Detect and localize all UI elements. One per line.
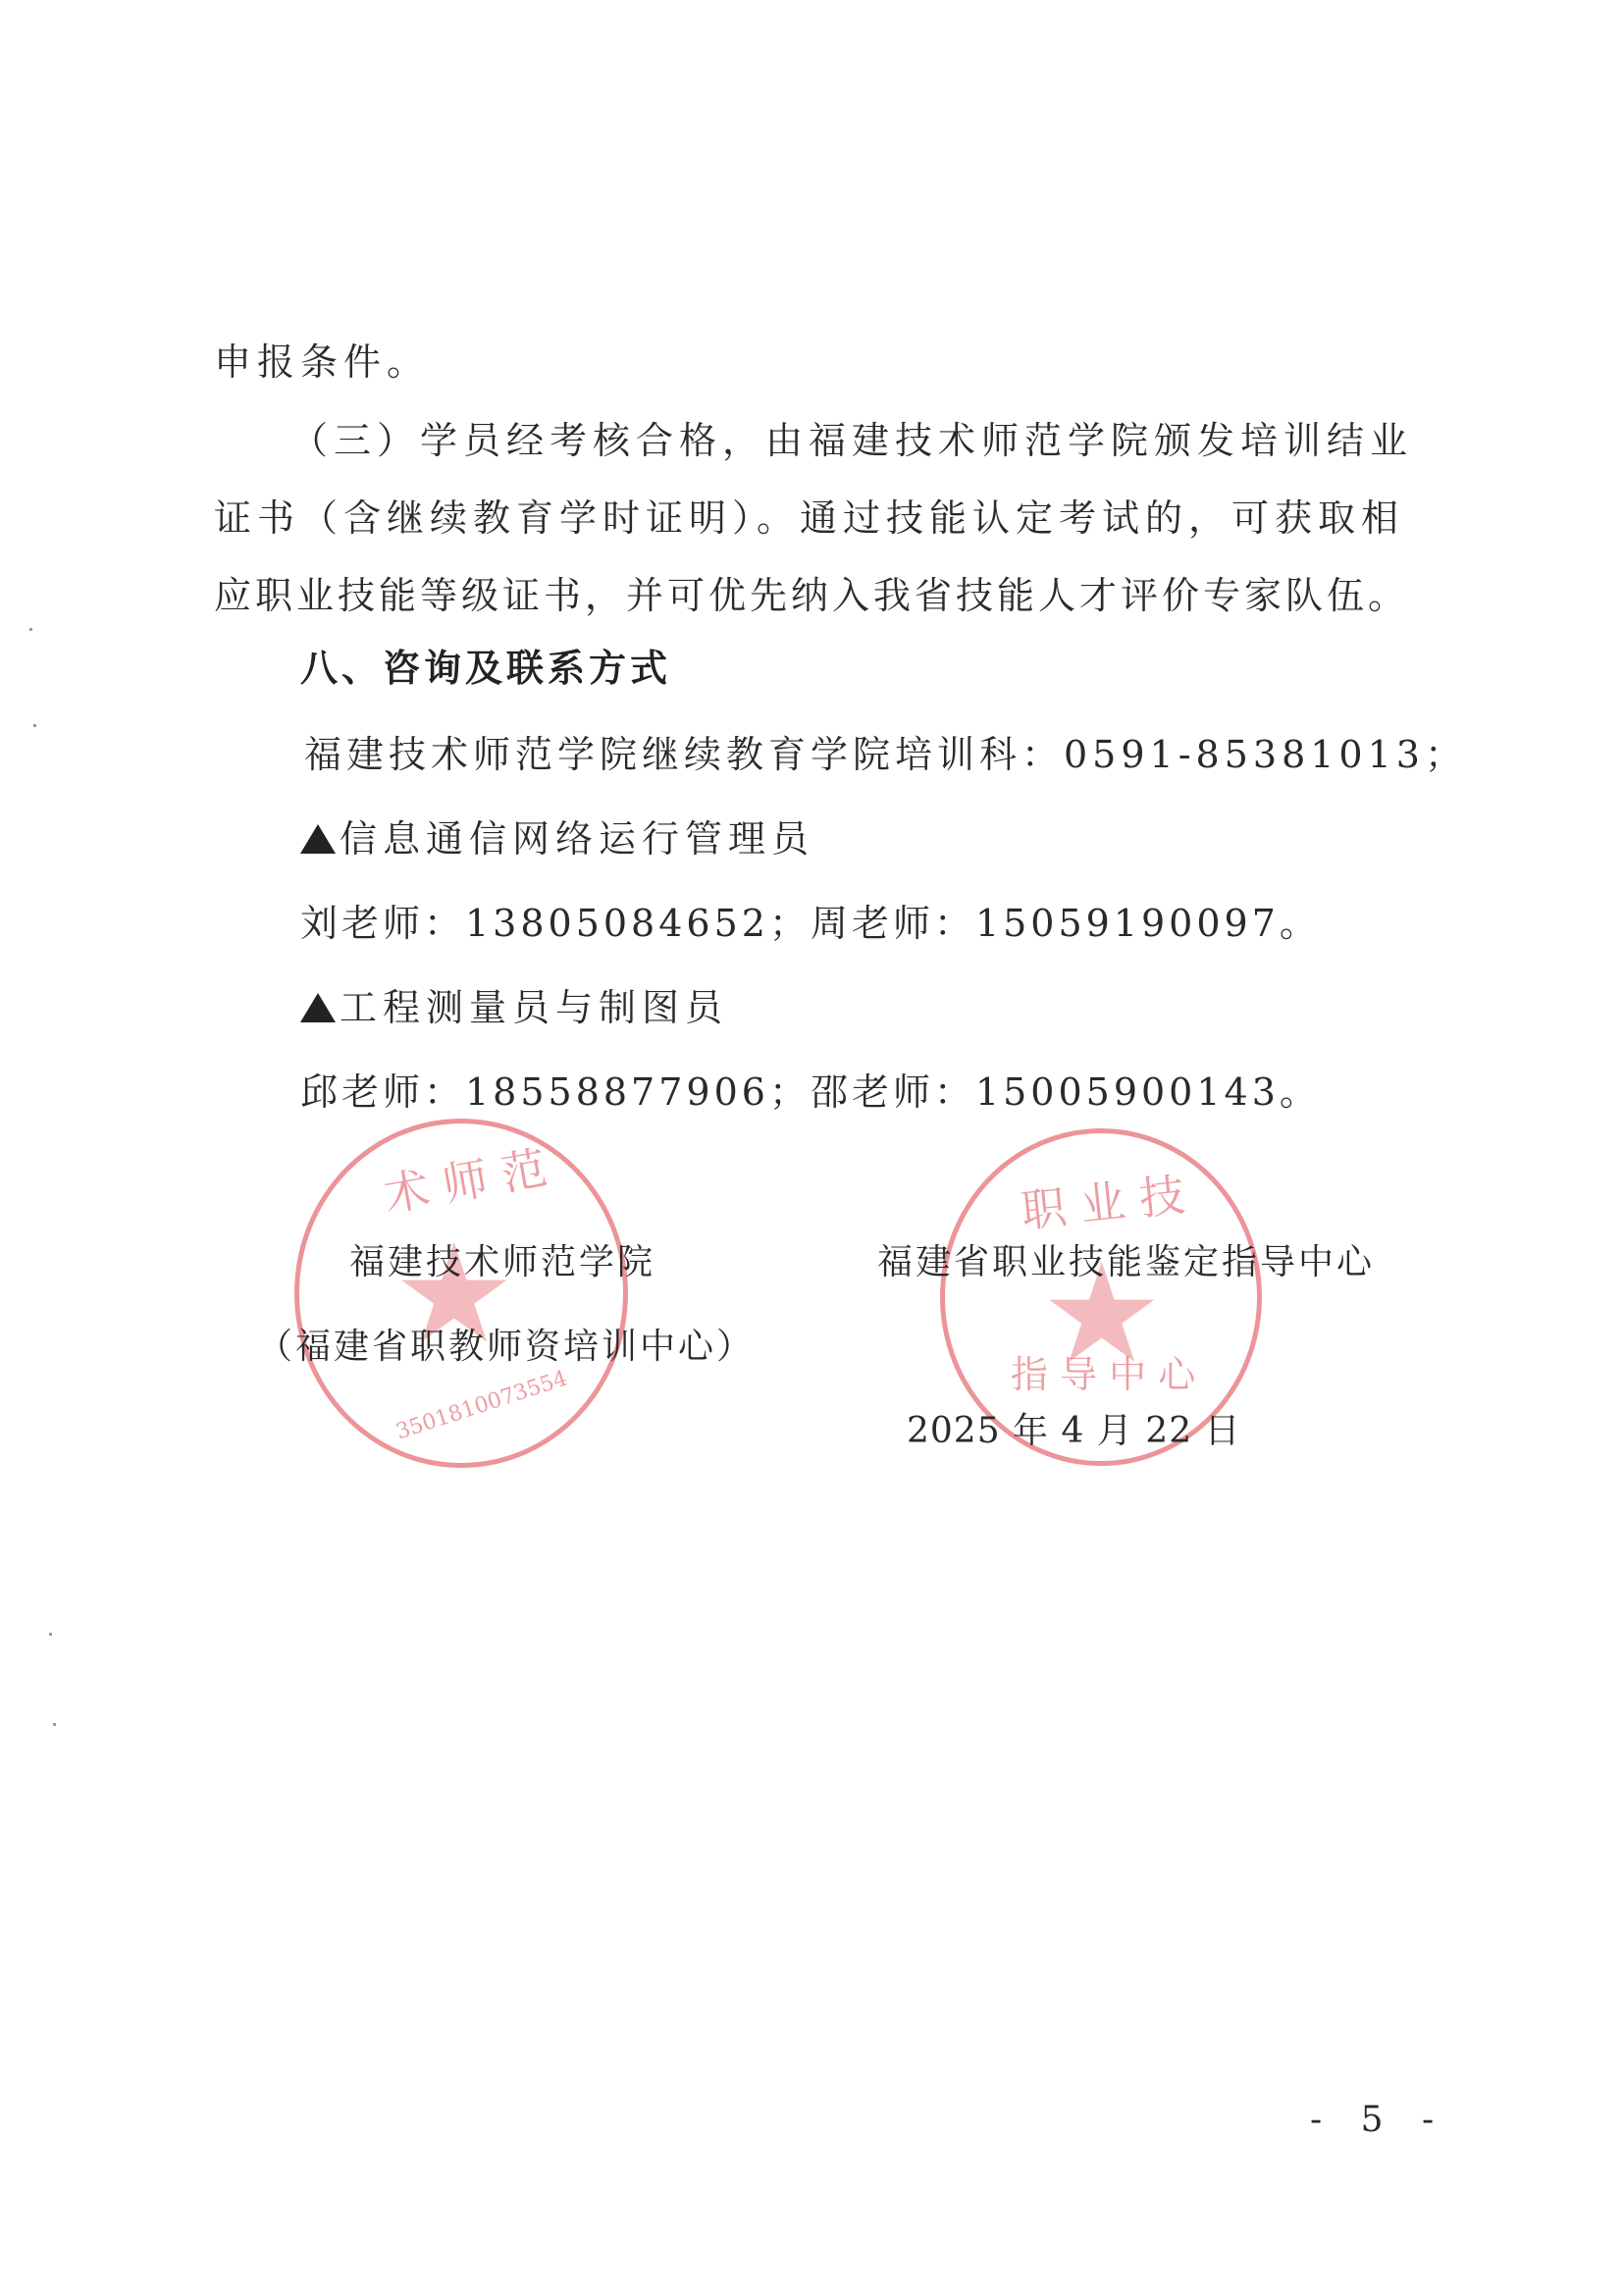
section-heading-contact: 八、咨询及联系方式	[300, 638, 671, 692]
paragraph-item3-line2: 证书（含继续教育学时证明）。通过技能认定考试的，可获取相	[214, 488, 1404, 542]
signature-left-name: 福建技术师范学院	[349, 1234, 655, 1284]
triangle-bullet-icon	[300, 993, 336, 1022]
scan-speck	[29, 628, 32, 631]
office-contact: 福建技术师范学院继续教育学院培训科：0591-85381013；	[304, 724, 1467, 778]
paragraph-item3-line3: 应职业技能等级证书，并可优先纳入我省技能人才评价专家队伍。	[214, 565, 1409, 619]
paragraph-continuation: 申报条件。	[214, 332, 430, 386]
group-title-network: 信息通信网络运行管理员	[300, 809, 814, 862]
scan-speck	[33, 724, 36, 727]
signature-right-name: 福建省职业技能鉴定指导中心	[877, 1234, 1375, 1284]
group-contacts-surveying: 邱老师：18558877906；邵老师：15005900143。	[300, 1062, 1321, 1116]
seal-right-bottom-text: 指 导 中 心	[1011, 1344, 1195, 1398]
group-contacts-network: 刘老师：13805084652；周老师：15059190097。	[300, 893, 1321, 947]
paragraph-item3-line1: （三）学员经考核合格，由福建技术师范学院颁发培训结业	[290, 410, 1413, 464]
triangle-bullet-icon	[300, 824, 336, 854]
page-number: - 5 -	[1310, 2100, 1447, 2140]
scan-speck	[53, 1723, 56, 1726]
group-title-surveying: 工程测量员与制图员	[300, 977, 728, 1031]
signature-date: 2025 年 4 月 22 日	[907, 1403, 1241, 1453]
signature-left-subname: （福建省职教师资培训中心）	[257, 1319, 755, 1369]
scan-speck	[49, 1633, 52, 1636]
